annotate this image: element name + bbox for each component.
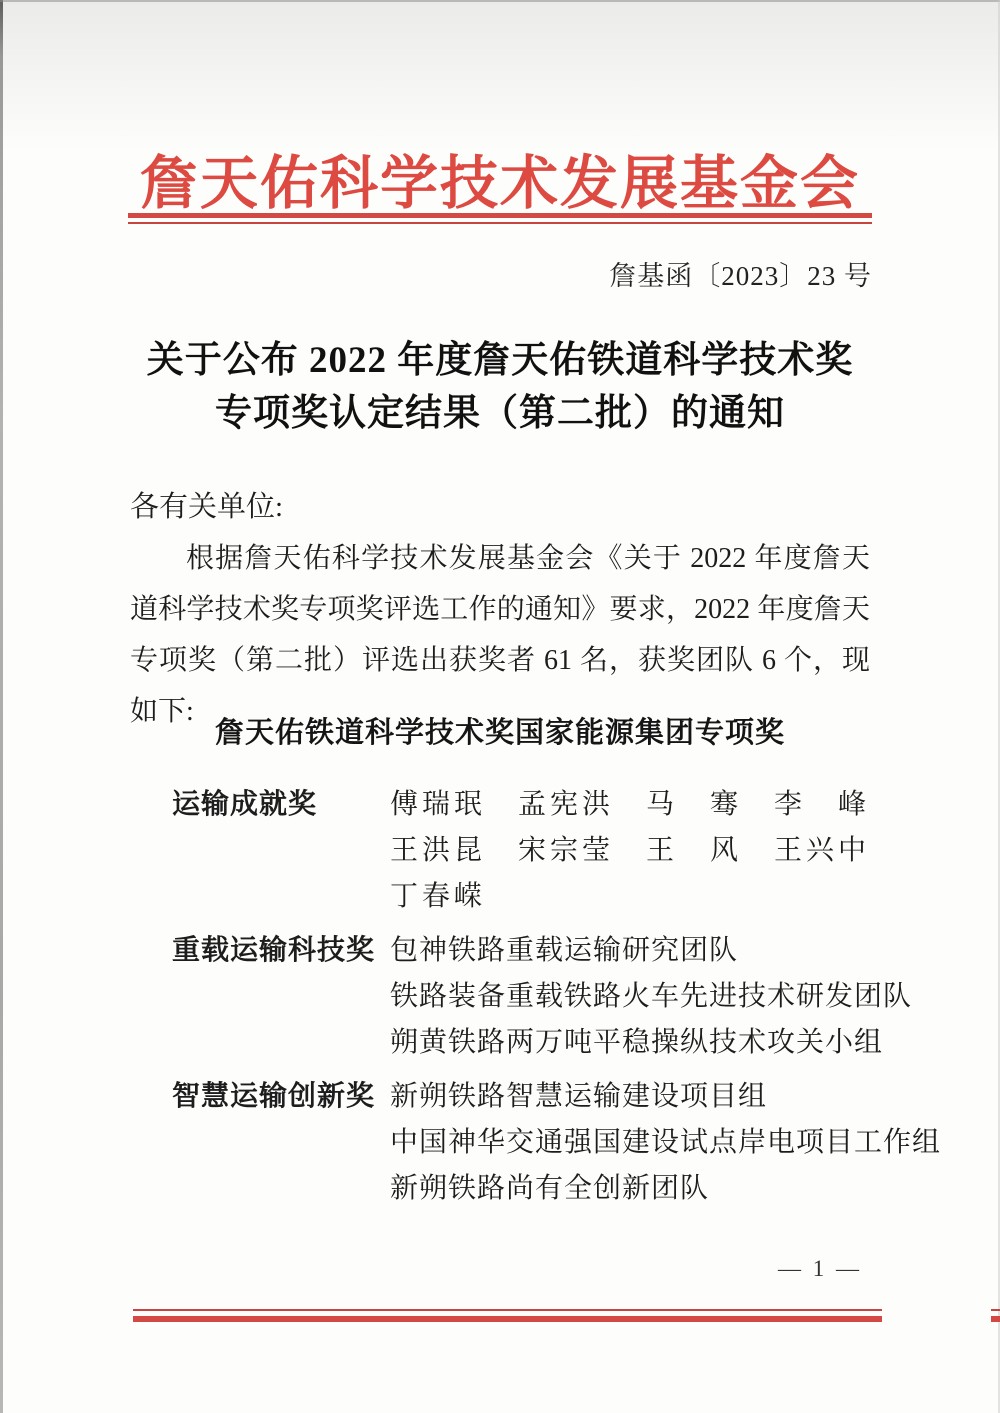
award-recipient-line: 新朔铁路尚有全创新团队 — [390, 1166, 941, 1212]
body-line: 根据詹天佑科学技术发展基金会《关于 2022 年度詹天佑铁 — [130, 533, 870, 584]
award-recipient-line: 中国神华交通强国建设试点岸电项目工作组 — [390, 1120, 941, 1166]
notice-title-line-1: 关于公布 2022 年度詹天佑铁道科学技术奖 — [0, 334, 1000, 387]
award-category-label: 重载运输科技奖 — [172, 928, 390, 974]
footer-rule-thick — [133, 1316, 882, 1322]
scan-edge-top — [0, 0, 1000, 2]
award-row-smart-transport-innovation: 智慧运输创新奖 新朔铁路智慧运输建设项目组 中国神华交通强国建设试点岸电项目工作… — [172, 1074, 882, 1212]
footer-rule-edge-stub — [991, 1309, 1000, 1322]
notice-title-line-2: 专项奖认定结果（第二批）的通知 — [0, 387, 1000, 440]
salutation: 各有关单位: — [130, 484, 283, 525]
awards-list: 运输成就奖 傅瑞珉 孟宪洪 马 骞 李 峰 王洪昆 宋宗莹 王 风 王兴中 丁春… — [172, 782, 882, 1212]
award-recipient-line: 铁路装备重载铁路火车先进技术研发团队 — [390, 974, 912, 1020]
doc-number: 詹基函〔2023〕23 号 — [609, 254, 872, 293]
section-heading: 詹天佑铁道科学技术奖国家能源集团专项奖 — [0, 710, 1000, 751]
award-recipients: 新朔铁路智慧运输建设项目组 中国神华交通强国建设试点岸电项目工作组 新朔铁路尚有… — [390, 1074, 941, 1212]
body-line: 道科学技术奖专项奖评选工作的通知》要求，2022 年度詹天佑 — [130, 584, 870, 635]
body-paragraph: 根据詹天佑科学技术发展基金会《关于 2022 年度詹天佑铁 道科学技术奖专项奖评… — [130, 533, 870, 737]
award-row-transport-achievement: 运输成就奖 傅瑞珉 孟宪洪 马 骞 李 峰 王洪昆 宋宗莹 王 风 王兴中 丁春… — [172, 782, 882, 920]
footer-double-rule — [133, 1309, 882, 1322]
award-recipient-line: 包神铁路重载运输研究团队 — [390, 928, 912, 974]
award-recipients: 傅瑞珉 孟宪洪 马 骞 李 峰 王洪昆 宋宗莹 王 风 王兴中 丁春嵘 — [390, 782, 882, 920]
award-category-label: 运输成就奖 — [172, 782, 390, 828]
body-line: 专项奖（第二批）评选出获奖者 61 名，获奖团队 6 个，现公布 — [130, 635, 870, 686]
award-category-label: 智慧运输创新奖 — [172, 1074, 390, 1120]
award-recipient-line: 丁春嵘 — [390, 874, 882, 920]
award-recipient-line: 傅瑞珉 孟宪洪 马 骞 李 峰 — [390, 782, 882, 828]
header-rule-thin — [128, 222, 872, 224]
notice-title: 关于公布 2022 年度詹天佑铁道科学技术奖 专项奖认定结果（第二批）的通知 — [0, 334, 1000, 440]
award-row-heavy-haul-tech: 重载运输科技奖 包神铁路重载运输研究团队 铁路装备重载铁路火车先进技术研发团队 … — [172, 928, 882, 1066]
award-recipient-line: 新朔铁路智慧运输建设项目组 — [390, 1074, 941, 1120]
award-recipient-line: 朔黄铁路两万吨平稳操纵技术攻关小组 — [390, 1020, 912, 1066]
award-recipients: 包神铁路重载运输研究团队 铁路装备重载铁路火车先进技术研发团队 朔黄铁路两万吨平… — [390, 928, 912, 1066]
award-recipient-line: 王洪昆 宋宗莹 王 风 王兴中 — [390, 828, 882, 874]
org-title: 詹天佑科学技术发展基金会 — [0, 136, 1000, 220]
header-double-rule — [128, 213, 872, 224]
scanned-document-page: 詹天佑科学技术发展基金会 詹基函〔2023〕23 号 关于公布 2022 年度詹… — [0, 0, 1000, 1413]
page-number: — 1 — — [778, 1256, 862, 1282]
